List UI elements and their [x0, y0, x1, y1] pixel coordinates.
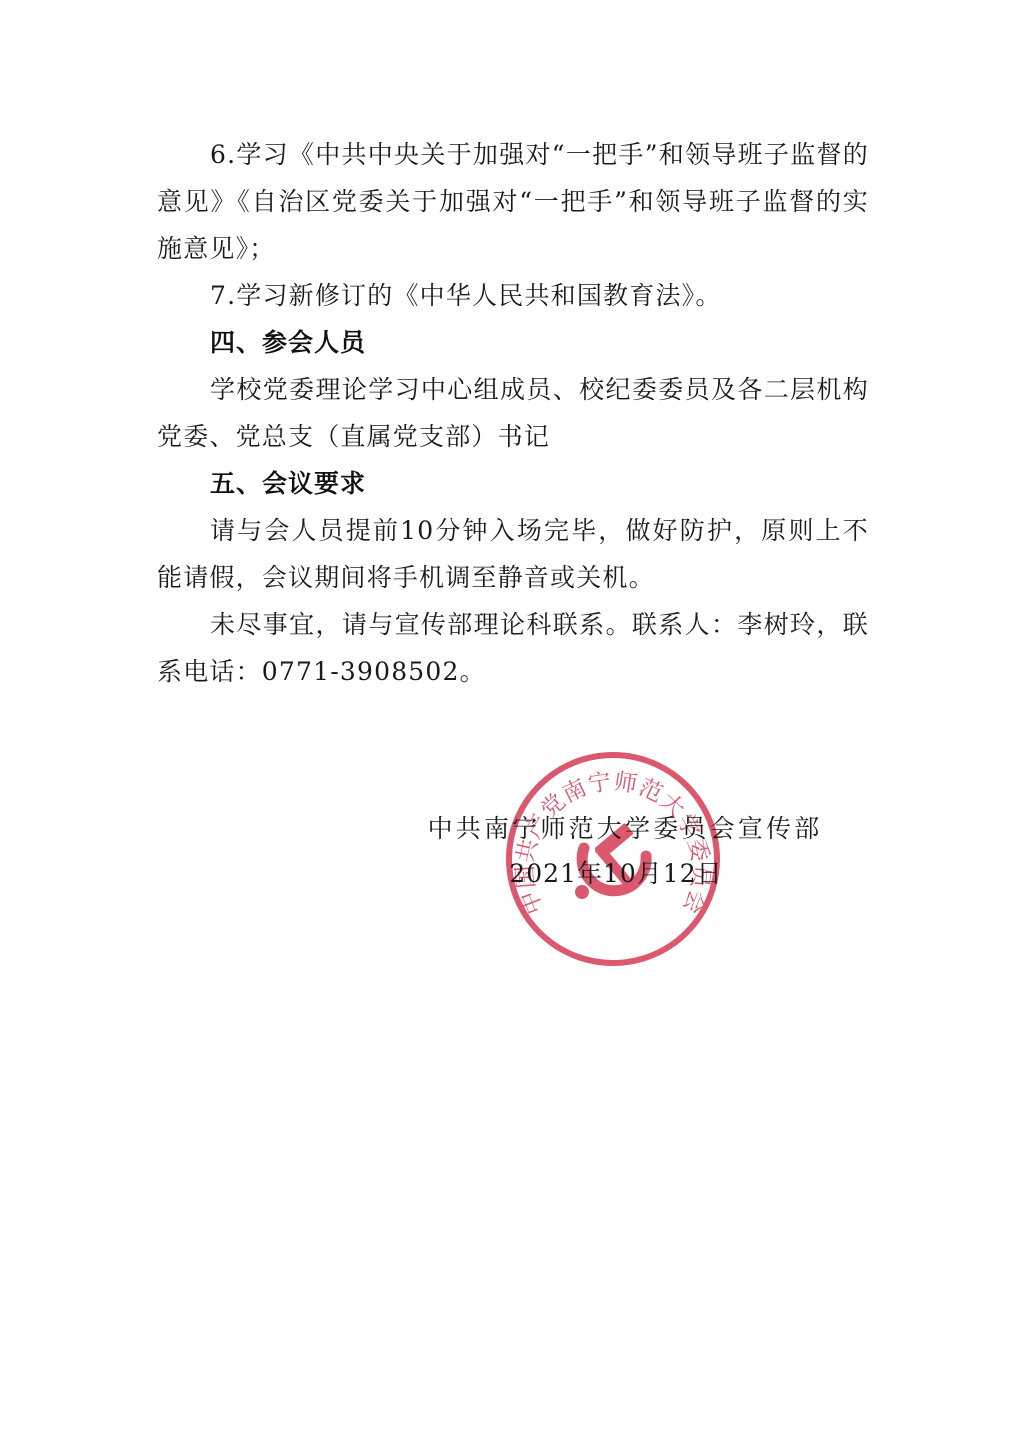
signature-date: 2021年10月12日: [420, 851, 830, 896]
section-heading-requirements: 五、会议要求: [157, 460, 869, 507]
section-heading-attendees: 四、参会人员: [157, 319, 869, 366]
document-page: 6.学习《中共中央关于加强对“一把手”和领导班子监督的意见》《自治区党委关于加强…: [0, 0, 1024, 1448]
paragraph-contact: 未尽事宜，请与宣传部理论科联系。联系人：李树玲，联系电话：0771-390850…: [157, 601, 869, 695]
signature-block: 中共南宁师范大学委员会宣传部 2021年10月12日: [420, 806, 830, 896]
paragraph-attendees: 学校党委理论学习中心组成员、校纪委委员及各二层机构党委、党总支（直属党支部）书记: [157, 366, 869, 460]
document-body: 6.学习《中共中央关于加强对“一把手”和领导班子监督的意见》《自治区党委关于加强…: [157, 131, 869, 695]
signature-organization: 中共南宁师范大学委员会宣传部: [420, 806, 830, 851]
paragraph-item-7: 7.学习新修订的《中华人民共和国教育法》。: [157, 272, 869, 319]
paragraph-requirements: 请与会人员提前10分钟入场完毕，做好防护，原则上不能请假，会议期间将手机调至静音…: [157, 507, 869, 601]
paragraph-item-6: 6.学习《中共中央关于加强对“一把手”和领导班子监督的意见》《自治区党委关于加强…: [157, 131, 869, 272]
